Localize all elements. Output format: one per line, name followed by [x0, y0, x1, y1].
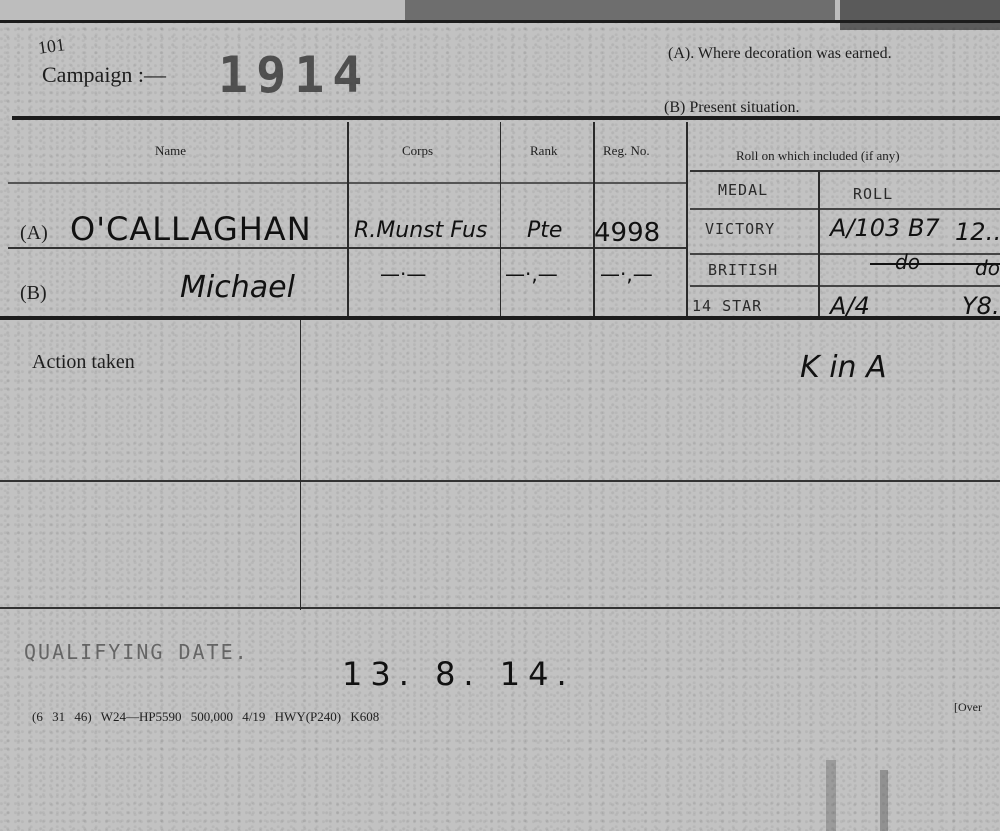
- rank-column-header: Rank: [530, 143, 557, 159]
- campaign-year: 1914: [218, 46, 370, 104]
- medal-row-rule: [690, 285, 1000, 287]
- ditto-strike: [870, 263, 1000, 265]
- lower-rule: [0, 607, 1000, 609]
- corps-ditto: —·—: [380, 262, 426, 286]
- medal-index-card: 101 Campaign :— 1914 (A). Where decorati…: [0, 0, 1000, 831]
- medal-roll: do: [895, 250, 920, 274]
- surname: O'CALLAGHAN: [70, 210, 312, 248]
- qualifying-date-label: QUALIFYING DATE.: [24, 640, 249, 664]
- name-column-header: Name: [155, 143, 186, 159]
- col-divider: [500, 122, 501, 316]
- campaign-label: Campaign :—: [42, 62, 166, 88]
- action-value: K in A: [800, 350, 887, 385]
- qualifying-date: 13. 8. 14.: [342, 655, 575, 693]
- action-divider: [300, 320, 301, 610]
- medal-page: Y8…: [962, 292, 1000, 320]
- regno-value: 4998: [594, 218, 660, 248]
- medal-name: BRITISH: [708, 261, 778, 279]
- corps-value: R.Munst Fus: [354, 218, 487, 243]
- medal-roll: A/4: [830, 292, 870, 320]
- legend-a: (A). Where decoration was earned.: [668, 45, 892, 63]
- volume-mark: 101: [37, 34, 67, 59]
- legend-b: (B) Present situation.: [664, 99, 800, 117]
- medal-col-divider: [818, 172, 820, 316]
- medal-name: 14 STAR: [692, 297, 762, 315]
- roll-header: ROLL: [853, 185, 893, 203]
- rank-ditto: —·,—: [505, 262, 558, 286]
- header-rule: [12, 116, 1000, 120]
- corps-column-header: Corps: [402, 143, 433, 159]
- row-b-label: (B): [20, 282, 47, 305]
- scan-artifact: [880, 770, 888, 831]
- roll-column-header: Roll on which included (if any): [736, 148, 900, 164]
- row-a-label: (A): [20, 222, 48, 245]
- over-mark: [Over: [954, 700, 982, 715]
- action-label: Action taken: [32, 351, 135, 374]
- printer-imprint: (6 31 46) W24—HP5590 500,000 4/19 HWY(P2…: [32, 709, 379, 725]
- regno-column-header: Reg. No.: [603, 143, 650, 159]
- top-rule: [0, 20, 1000, 23]
- medal-roll: A/103 B7: [830, 214, 940, 242]
- adjacent-card-edge: [840, 0, 1000, 30]
- col-divider: [347, 122, 349, 316]
- medal-page: do: [975, 256, 1000, 280]
- roll-header-rule: [690, 170, 1000, 172]
- adjacent-card-edge: [405, 0, 835, 22]
- medal-name: VICTORY: [705, 220, 775, 238]
- scan-artifact: [826, 760, 836, 831]
- regno-ditto: —·,—: [600, 262, 653, 286]
- rank-value: Pte: [527, 218, 562, 243]
- medal-row-rule: [690, 253, 1000, 255]
- col-divider: [686, 122, 688, 316]
- medal-header: MEDAL: [718, 181, 768, 199]
- medal-row-rule: [690, 208, 1000, 210]
- medal-page: 12…: [955, 218, 1000, 246]
- forename: Michael: [180, 270, 295, 305]
- action-rule: [0, 480, 1000, 482]
